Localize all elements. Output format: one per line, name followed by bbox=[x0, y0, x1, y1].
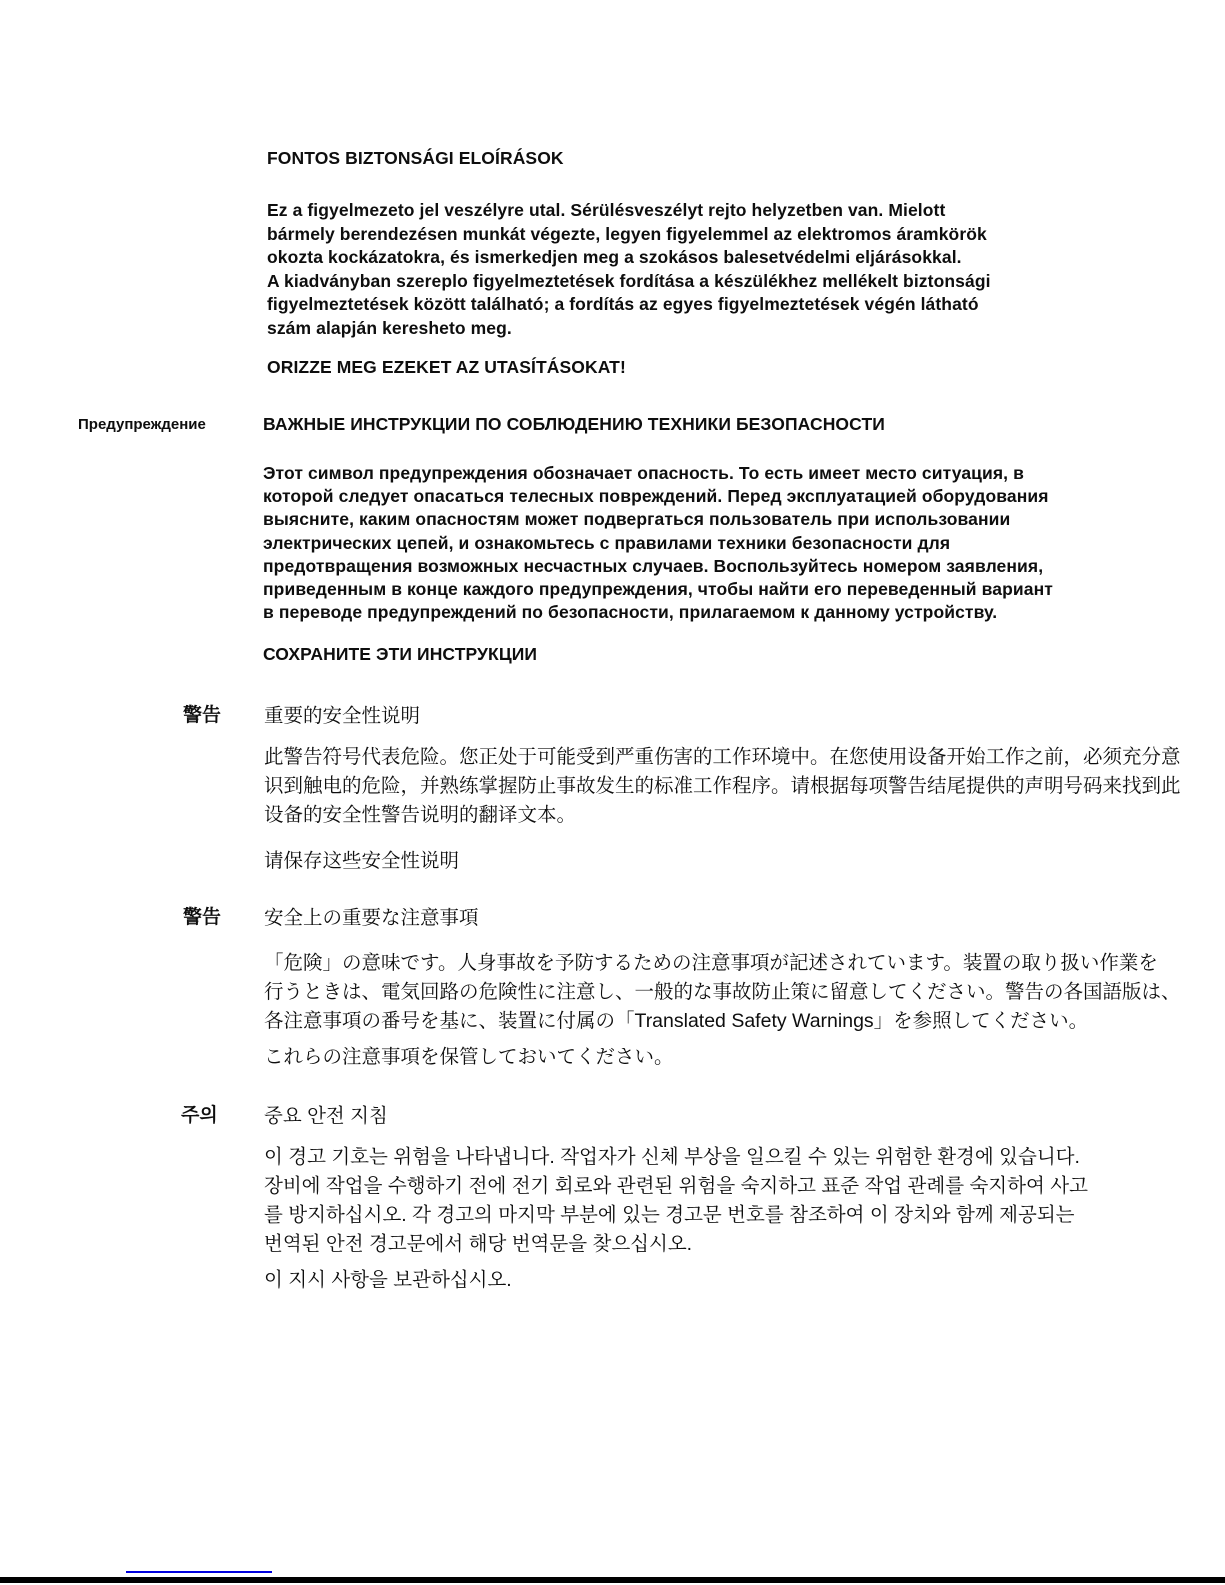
chinese-warning-body: 此警告符号代表危险。您正处于可能受到严重伤害的工作环境中。在您使用设备开始工作之… bbox=[264, 743, 1184, 830]
footer-link[interactable] bbox=[126, 1571, 272, 1573]
hungarian-warning-footer: ORIZZE MEG EZEKET AZ UTASÍTÁSOKAT! bbox=[267, 357, 626, 378]
hungarian-warning-body: Ez a figyelmezeto jel veszélyre utal. Sé… bbox=[267, 199, 1167, 341]
chinese-warning-label: 警告 bbox=[183, 700, 221, 727]
document-page: FONTOS BIZTONSÁGI ELOÍRÁSOK Ez a figyelm… bbox=[0, 0, 1225, 1585]
japanese-warning-label: 警告 bbox=[183, 902, 221, 929]
russian-warning-label: Предупреждение bbox=[78, 416, 206, 433]
chinese-warning-title: 重要的安全性说明 bbox=[264, 700, 420, 728]
korean-warning-label: 주의 bbox=[181, 1100, 218, 1127]
russian-warning-footer: СОХРАНИТЕ ЭТИ ИНСТРУКЦИИ bbox=[263, 644, 537, 665]
russian-warning-body: Этот символ предупреждения обозначает оп… bbox=[263, 462, 1163, 624]
page-bottom-edge bbox=[0, 1577, 1225, 1583]
hungarian-warning-title: FONTOS BIZTONSÁGI ELOÍRÁSOK bbox=[267, 148, 564, 169]
japanese-warning-body: 「危険」の意味です。人身事故を予防するための注意事項が記述されています。装置の取… bbox=[264, 949, 1184, 1036]
russian-warning-title: ВАЖНЫЕ ИНСТРУКЦИИ ПО СОБЛЮДЕНИЮ ТЕХНИКИ … bbox=[263, 414, 885, 435]
japanese-warning-footer: これらの注意事項を保管しておいてください。 bbox=[264, 1041, 674, 1069]
chinese-warning-footer: 请保存这些安全性说明 bbox=[264, 845, 459, 873]
japanese-warning-title: 安全上の重要な注意事項 bbox=[264, 902, 479, 930]
korean-warning-title: 중요 안전 지침 bbox=[264, 1100, 388, 1128]
korean-warning-body: 이 경고 기호는 위험을 나타냅니다. 작업자가 신체 부상을 일으킬 수 있는… bbox=[264, 1143, 1184, 1259]
korean-warning-footer: 이 지시 사항을 보관하십시오. bbox=[264, 1264, 512, 1292]
